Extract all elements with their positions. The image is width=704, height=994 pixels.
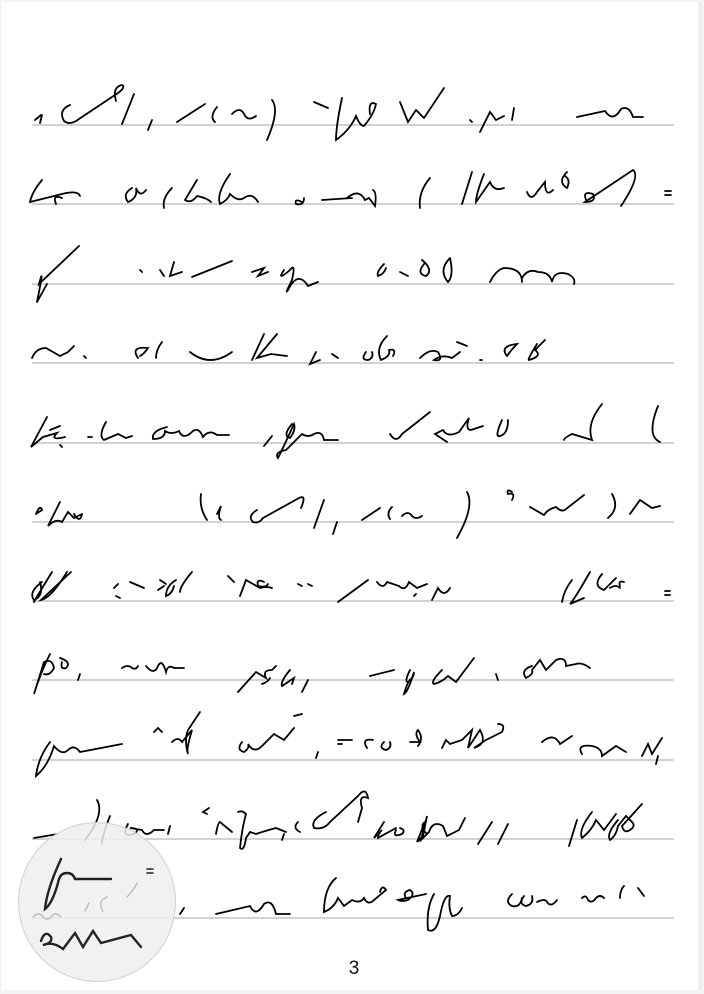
page-number: 3 (2, 958, 704, 980)
shorthand-page: 3 (2, 2, 702, 990)
